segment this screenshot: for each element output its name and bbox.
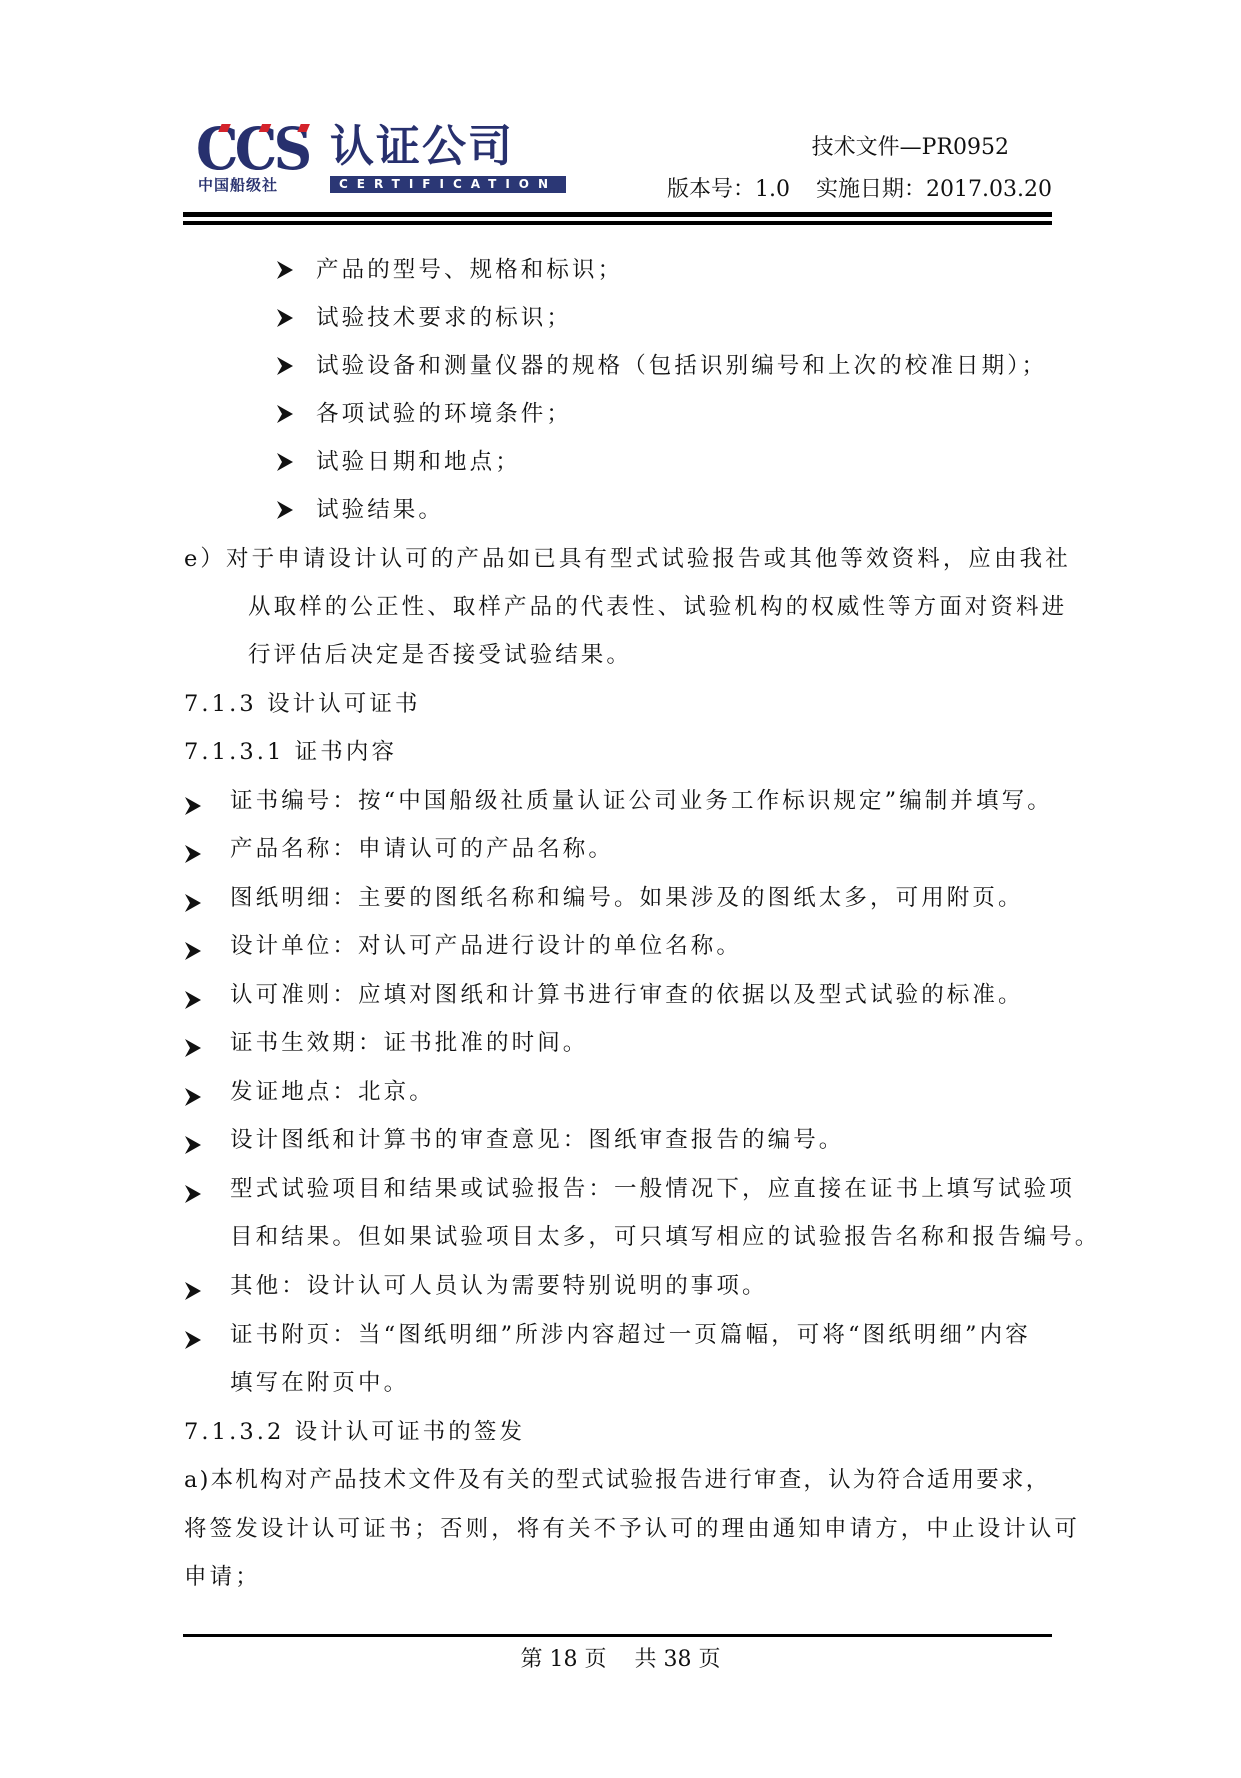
list-item: 设计图纸和计算书的审查意见：图纸审查报告的编号。: [230, 1125, 844, 1155]
logo-certification-bar: CERTIFICATION: [330, 176, 566, 193]
arrow-bullet-icon: [276, 500, 294, 520]
arrow-bullet-icon: [184, 796, 202, 816]
document-version-line: 版本号：1.0实施日期：2017.03.20: [667, 176, 1052, 204]
page-number: 第 18 页共 38 页: [0, 1646, 1241, 1674]
paragraph-e-line: e）对于申请设计认可的产品如已具有型式试验报告或其他等效资料，应由我社: [184, 544, 1071, 574]
paragraph-e-line: 从取样的公正性、取样产品的代表性、试验机构的权威性等方面对资料进: [248, 592, 1067, 622]
arrow-bullet-icon: [184, 1281, 202, 1301]
document-page: CCS 中国船级社 认证公司 CERTIFICATION 技术文件—PR0952…: [0, 0, 1241, 1778]
list-item: 认可准则：应填对图纸和计算书进行审查的依据以及型式试验的标准。: [230, 980, 1024, 1010]
list-item: 设计单位：对认可产品进行设计的单位名称。: [230, 931, 742, 961]
section-heading-7-1-3-2: 7.1.3.2 设计认可证书的签发: [184, 1417, 525, 1447]
page-total: 共 38 页: [635, 1647, 721, 1672]
section-heading-7-1-3: 7.1.3 设计认可证书: [184, 689, 421, 719]
effective-date: 实施日期：2017.03.20: [816, 177, 1052, 202]
list-item-continuation: 目和结果。但如果试验项目太多，可只填写相应的试验报告名称和报告编号。: [230, 1222, 1100, 1252]
paragraph-e-line: 行评估后决定是否接受试验结果。: [248, 640, 632, 670]
list-item-continuation: 填写在附页中。: [230, 1368, 409, 1398]
list-item: 发证地点：北京。: [230, 1077, 435, 1107]
list-item: 产品的型号、规格和标识；: [316, 255, 623, 285]
footer-rule: [183, 1634, 1052, 1637]
paragraph-a-line: 申请；: [184, 1562, 261, 1592]
document-code: 技术文件—PR0952: [812, 134, 1009, 162]
list-item: 试验日期和地点；: [316, 447, 521, 477]
list-item: 证书附页：当“图纸明细”所涉内容超过一页篇幅，可将“图纸明细”内容: [230, 1320, 1031, 1350]
arrow-bullet-icon: [184, 1330, 202, 1350]
header-rule-bottom: [183, 221, 1052, 225]
arrow-bullet-icon: [184, 1038, 202, 1058]
list-item: 各项试验的环境条件；: [316, 399, 572, 429]
section-heading-7-1-3-1: 7.1.3.1 证书内容: [184, 737, 397, 767]
list-item: 产品名称：申请认可的产品名称。: [230, 834, 614, 864]
header-rule-top: [183, 212, 1052, 217]
arrow-bullet-icon: [276, 356, 294, 376]
arrow-bullet-icon: [276, 260, 294, 280]
logo-title-cn: 认证公司: [330, 124, 514, 170]
logo-mark: CCS: [196, 120, 308, 178]
page-current: 第 18 页: [521, 1647, 607, 1672]
logo-subtitle-cn: 中国船级社: [198, 176, 278, 194]
arrow-bullet-icon: [184, 893, 202, 913]
list-item: 试验设备和测量仪器的规格（包括识别编号和上次的校准日期）；: [316, 351, 1047, 381]
list-item: 证书生效期：证书批准的时间。: [230, 1028, 588, 1058]
paragraph-a-line: a)本机构对产品技术文件及有关的型式试验报告进行审查，认为符合适用要求，: [184, 1465, 1050, 1495]
arrow-bullet-icon: [184, 844, 202, 864]
list-item: 图纸明细：主要的图纸名称和编号。如果涉及的图纸太多，可用附页。: [230, 883, 1024, 913]
arrow-bullet-icon: [276, 452, 294, 472]
list-item: 试验技术要求的标识；: [316, 303, 572, 333]
list-item: 型式试验项目和结果或试验报告：一般情况下，应直接在证书上填写试验项: [230, 1174, 1075, 1204]
paragraph-a-line: 将签发设计认可证书；否则，将有关不予认可的理由通知申请方，中止设计认可: [184, 1514, 1080, 1544]
list-item: 其他：设计认可人员认为需要特别说明的事项。: [230, 1271, 768, 1301]
arrow-bullet-icon: [184, 1135, 202, 1155]
arrow-bullet-icon: [184, 941, 202, 961]
arrow-bullet-icon: [276, 308, 294, 328]
arrow-bullet-icon: [276, 404, 294, 424]
list-item: 试验结果。: [316, 495, 444, 525]
arrow-bullet-icon: [184, 990, 202, 1010]
version-number: 版本号：1.0: [667, 177, 790, 202]
arrow-bullet-icon: [184, 1184, 202, 1204]
list-item: 证书编号：按“中国船级社质量认证公司业务工作标识规定”编制并填写。: [230, 786, 1053, 816]
ccs-certification-logo: CCS 中国船级社 认证公司 CERTIFICATION: [196, 120, 576, 196]
arrow-bullet-icon: [184, 1087, 202, 1107]
